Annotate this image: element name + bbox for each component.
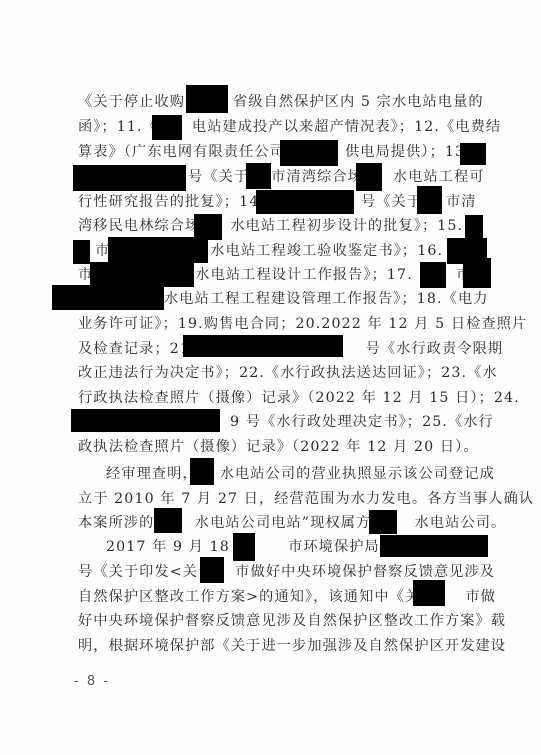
text-line: 业务许可证》；19.购售电合同；20.2022 年 12 月 5 日检查照片 <box>78 312 494 336</box>
redaction-block <box>152 115 182 140</box>
redaction-block <box>233 533 255 561</box>
text-line: 函》；11.《电站建成投产以来超产情况表》；12.《电费结 <box>78 115 494 139</box>
text-segment: 立于 2010 年 7 月 27 日，经营范围为水力发电。各方当事人确认 <box>78 491 534 507</box>
text-segment: 号《关于 <box>361 194 422 210</box>
text-line: 《关于停止收购省级自然保护区内 5 宗水电站电量的 <box>78 90 494 114</box>
text-segment: 省级自然保护区内 5 宗水电站电量的 <box>233 94 484 110</box>
text-segment: 本案所涉的“ <box>78 515 163 531</box>
text-segment: 水电站公司的营业执照显示该公司登记成 <box>220 466 495 482</box>
text-segment: 改正违法行为决定书》；22.《水行政执法送达回证》；23.《水 <box>78 365 498 381</box>
redaction-block <box>71 409 220 432</box>
redaction-block <box>413 580 445 606</box>
redaction-block <box>200 557 224 583</box>
text-segment: 政执法检查照片（摄像）记录》（2022 年 12 月 20 日）。 <box>78 439 479 455</box>
text-segment: 及检查记录；21. <box>78 341 196 357</box>
text-segment: 水电站工程竣工验收鉴定书》；16.《 <box>210 243 458 259</box>
text-line: 本案所涉的“水电站公司电站”现权属方为水电站公司。 <box>78 511 494 535</box>
text-segment: 经审理查明， <box>106 466 198 482</box>
text-segment: 函》；11.《 <box>78 119 158 135</box>
redaction-block <box>420 262 446 288</box>
text-segment: 水电站工程可 <box>393 169 485 185</box>
text-segment: 明，根据环境保护部《关于进一步加强涉及自然保护区开发建设 <box>78 638 506 654</box>
text-line: 经审理查明，水电站公司的营业执照显示该公司登记成 <box>78 462 494 486</box>
text-line: 改正违法行为决定书》；22.《水行政执法送达回证》；23.《水 <box>78 361 494 385</box>
text-segment: 市清 <box>446 194 477 210</box>
text-line: 明，根据环境保护部《关于进一步加强涉及自然保护区开发建设 <box>78 634 494 658</box>
text-segment: 9 号《水行政处理决定书》；25.《水行 <box>230 414 494 430</box>
text-segment: 市做 <box>466 589 497 605</box>
text-line: 行政执法检查照片（摄像）记录》（2022 年 12 月 15 日）；24. <box>78 386 494 410</box>
text-segment: 业务许可证》；19.购售电合同；20.2022 年 12 月 5 日检查照片 <box>78 316 527 332</box>
redaction-block <box>52 285 164 310</box>
redaction-block <box>90 262 194 287</box>
text-line: 湾移民电林综合场水电站工程初步设计的批复》；15.《 <box>78 214 494 238</box>
text-segment: 号《关于印发<关于 <box>78 564 213 580</box>
redaction-block <box>190 458 214 485</box>
text-segment: 水电站公司电站”现权属方为 <box>195 515 387 531</box>
text-segment: 供电局提供）；13. <box>345 144 471 160</box>
text-segment: 湾移民电林综合场 <box>78 218 200 234</box>
redaction-block <box>73 165 186 191</box>
redaction-block <box>460 143 486 165</box>
redaction-block <box>280 140 338 166</box>
text-line: 好中央环境保护督察反馈意见涉及自然保护区整改工作方案》载 <box>78 609 494 633</box>
redaction-block <box>108 237 208 263</box>
redaction-block <box>465 215 483 239</box>
redaction-block <box>369 510 397 534</box>
text-segment: 水电站工程设计工作报告》；17.《 <box>195 267 428 283</box>
page-number: - 8 - <box>74 674 110 689</box>
text-segment: 电站建成投产以来超产情况表》；12.《电费结 <box>192 119 501 135</box>
text-segment: 行政执法检查照片（摄像）记录》（2022 年 12 月 15 日）；24. <box>78 390 520 406</box>
redaction-block <box>186 85 228 113</box>
text-line: 政执法检查照片（摄像）记录》（2022 年 12 月 20 日）。 <box>78 435 494 459</box>
redaction-block <box>417 186 442 214</box>
redaction-block <box>246 163 271 189</box>
text-segment: 市做好中央环境保护督察反馈意见涉及 <box>235 564 495 580</box>
text-segment: 号《水行政责令限期 <box>366 341 504 357</box>
redaction-block <box>356 163 382 191</box>
text-segment: 算表》（广东电网有限责任公司 <box>78 144 285 160</box>
text-segment: 水电站公司。 <box>415 515 507 531</box>
text-segment: 水电站工程工程建设管理工作报告》；18.《电力 <box>164 291 489 307</box>
text-segment: 号《关于 <box>188 169 249 185</box>
redaction-block <box>183 335 343 357</box>
redaction-block <box>256 190 354 214</box>
redaction-block <box>380 535 488 557</box>
redaction-block <box>154 508 182 533</box>
text-segment: 自然保护区整改工作方案>的通知》，该通知中《关于 <box>78 589 436 605</box>
text-segment: 市清湾综合场 <box>271 169 363 185</box>
text-segment: 行性研究报告的批复》；14. <box>78 194 265 210</box>
redaction-block <box>73 240 90 264</box>
text-line: 立于 2010 年 7 月 27 日，经营范围为水力发电。各方当事人确认 <box>78 487 494 511</box>
text-segment: 好中央环境保护督察反馈意见涉及自然保护区整改工作方案》载 <box>78 613 506 629</box>
redaction-block <box>463 258 491 288</box>
document-page: 《关于停止收购省级自然保护区内 5 宗水电站电量的 函》；11.《电站建成投产以… <box>0 0 541 755</box>
text-segment: 《关于停止收购 <box>78 94 185 110</box>
text-segment: 水电站工程初步设计的批复》；15.《 <box>230 218 478 234</box>
